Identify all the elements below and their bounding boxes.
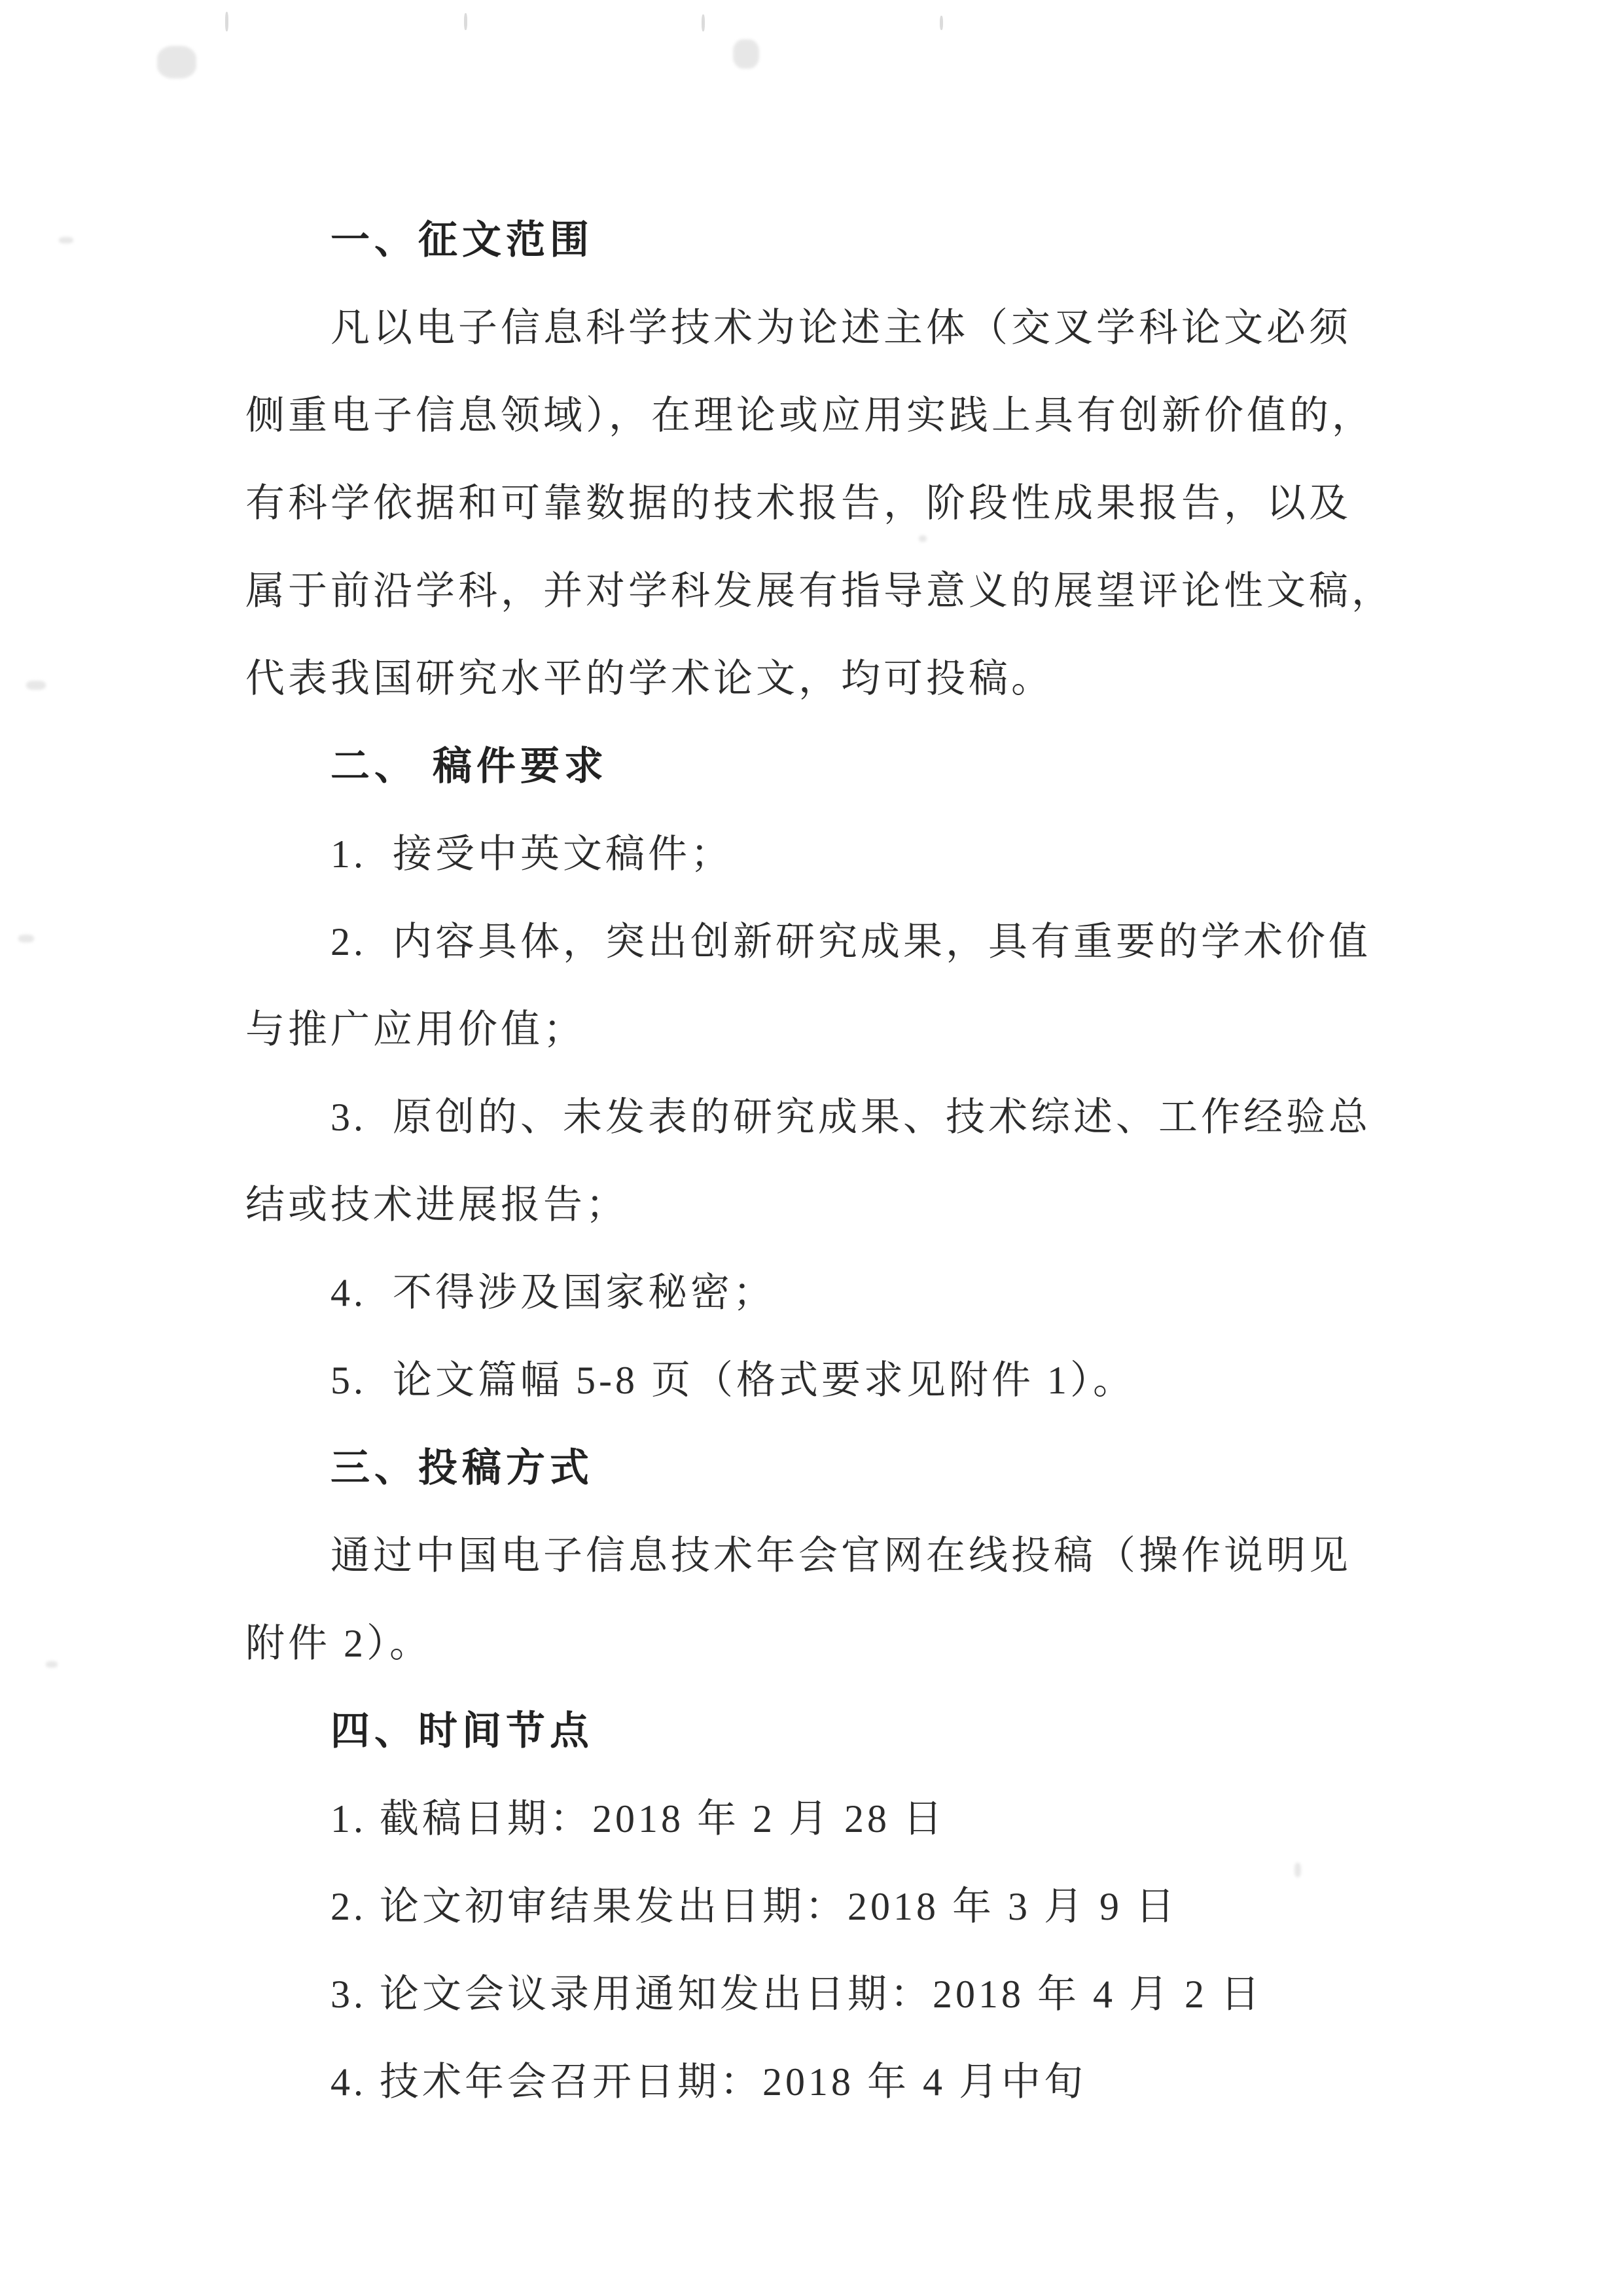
paragraph-line: 侧重电子信息领域），在理论或应用实践上具有创新价值的， [245, 372, 1407, 459]
list-item-line: 1. 截稿日期：2018 年 2 月 28 日 [245, 1775, 1407, 1863]
scan-smudge [26, 681, 46, 690]
scan-speck [225, 12, 228, 31]
scan-smudge [733, 39, 759, 69]
paragraph-line: 属于前沿学科，并对学科发展有指导意义的展望评论性文稿， [245, 547, 1407, 635]
scan-speck [702, 14, 705, 31]
paragraph-line: 凡以电子信息科学技术为论述主体（交叉学科论文必须 [245, 284, 1407, 372]
paragraph-line: 通过中国电子信息技术年会官网在线投稿（操作说明见 [245, 1512, 1407, 1600]
list-item-line: 4. 不得涉及国家秘密； [245, 1249, 1407, 1336]
scan-smudge [18, 935, 34, 942]
paragraph-line: 代表我国研究水平的学术论文，均可投稿。 [245, 635, 1407, 723]
document-body: 一、征文范围 凡以电子信息科学技术为论述主体（交叉学科论文必须 侧重电子信息领域… [245, 196, 1407, 2126]
scan-speck [464, 13, 467, 30]
section-1-heading: 一、征文范围 [245, 196, 1407, 284]
section-4-heading: 四、时间节点 [245, 1687, 1407, 1775]
scan-smudge [46, 1661, 58, 1668]
paragraph-line: 结或技术进展报告； [245, 1161, 1407, 1249]
section-2-heading: 二、 稿件要求 [245, 723, 1407, 810]
list-item-line: 2. 内容具体，突出创新研究成果，具有重要的学术价值 [245, 898, 1407, 986]
list-item-line: 5. 论文篇幅 5-8 页（格式要求见附件 1）。 [245, 1336, 1407, 1424]
list-item-line: 3. 原创的、未发表的研究成果、技术综述、工作经验总 [245, 1073, 1407, 1161]
section-3-heading: 三、投稿方式 [245, 1424, 1407, 1512]
list-item-line: 2. 论文初审结果发出日期：2018 年 3 月 9 日 [245, 1863, 1407, 1950]
paragraph-line: 与推广应用价值； [245, 986, 1407, 1073]
list-item-line: 1. 接受中英文稿件； [245, 810, 1407, 898]
scan-speck [940, 16, 943, 30]
list-item-line: 4. 技术年会召开日期：2018 年 4 月中旬 [245, 2038, 1407, 2126]
paragraph-line: 附件 2）。 [245, 1600, 1407, 1687]
scan-smudge [157, 46, 196, 79]
scanned-document-page: 一、征文范围 凡以电子信息科学技术为论述主体（交叉学科论文必须 侧重电子信息领域… [0, 0, 1623, 2296]
scan-smudge [59, 237, 73, 243]
list-item-line: 3. 论文会议录用通知发出日期：2018 年 4 月 2 日 [245, 1950, 1407, 2038]
paragraph-line: 有科学依据和可靠数据的技术报告，阶段性成果报告，以及 [245, 459, 1407, 547]
